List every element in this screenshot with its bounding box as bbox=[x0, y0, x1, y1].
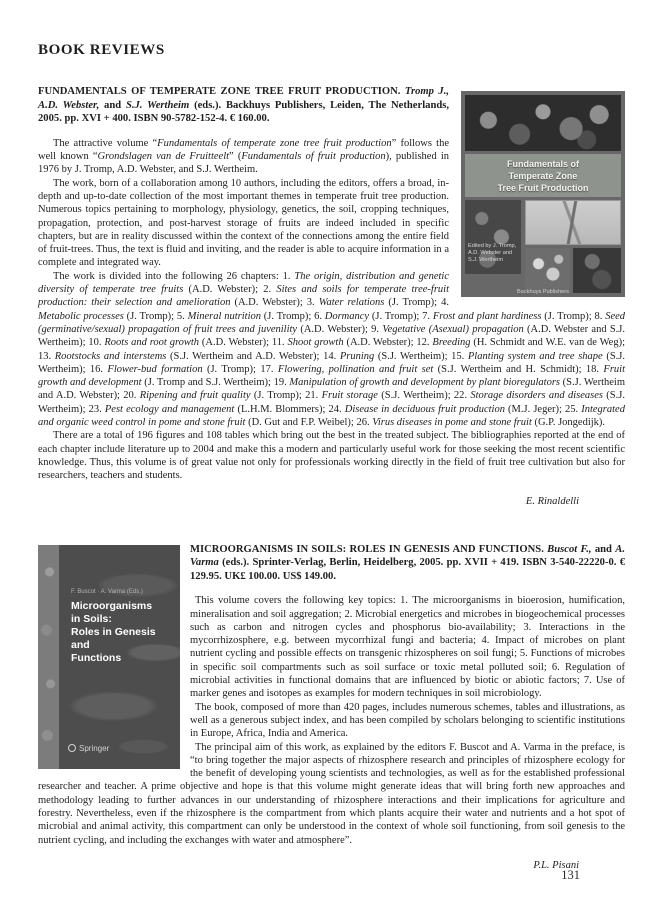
page-number: 131 bbox=[561, 868, 580, 883]
cover-title-line: Microorganisms bbox=[71, 600, 175, 613]
cover-editors-line: A.D. Webster and bbox=[468, 250, 522, 257]
cover-title: Microorganisms in Soils: Roles in Genesi… bbox=[71, 600, 175, 665]
cover-title-line: Fundamentals of bbox=[465, 158, 621, 170]
cover-edge-strip bbox=[38, 545, 59, 769]
reviewer-signature: E. Rinaldelli bbox=[38, 496, 625, 507]
page-title: BOOK REVIEWS bbox=[38, 42, 625, 59]
cover-graph-image bbox=[525, 200, 621, 245]
reviewer-signature: P.L. Pisani bbox=[38, 860, 625, 871]
cover-editors-text: F. Buscot · A. Varma (Eds.) bbox=[71, 589, 143, 595]
cover-blossom-photo bbox=[525, 248, 570, 293]
cover-editors-line: Edited by J. Tromp, bbox=[468, 243, 522, 250]
book-review-fundamentals: Fundamentals of Temperate Zone Tree Frui… bbox=[38, 85, 625, 507]
cover-title-line: Tree Fruit Production bbox=[465, 182, 621, 194]
cover-title-line: Temperate Zone bbox=[465, 170, 621, 182]
cover-tree-photo bbox=[573, 248, 621, 293]
book-review-microorganisms: F. Buscot · A. Varma (Eds.) Microorganis… bbox=[38, 543, 625, 871]
cover-title-line: Roles in Genesis and bbox=[71, 626, 175, 652]
cover-publisher-text: Springer bbox=[68, 744, 109, 753]
cover-publisher-name: Springer bbox=[79, 744, 109, 753]
journal-page: BOOK REVIEWS Fundamentals of Temperate Z… bbox=[0, 0, 650, 919]
cover-title-line: Functions bbox=[71, 652, 175, 665]
springer-logo-icon bbox=[68, 744, 76, 752]
cover-editors-line: S.J. Wertheim bbox=[468, 257, 522, 264]
cover-fruit-photo bbox=[465, 95, 621, 151]
cover-title-band: Fundamentals of Temperate Zone Tree Frui… bbox=[465, 154, 621, 197]
book-cover-microorganisms: F. Buscot · A. Varma (Eds.) Microorganis… bbox=[38, 545, 180, 769]
cover-publisher-text: Backhuys Publishers bbox=[461, 289, 625, 295]
cover-title-line: in Soils: bbox=[71, 613, 175, 626]
review-paragraph: There are a total of 196 figures and 108… bbox=[38, 429, 625, 482]
cover-editors-text: Edited by J. Tromp, A.D. Webster and S.J… bbox=[468, 243, 522, 264]
book-cover-fundamentals: Fundamentals of Temperate Zone Tree Frui… bbox=[461, 91, 625, 297]
